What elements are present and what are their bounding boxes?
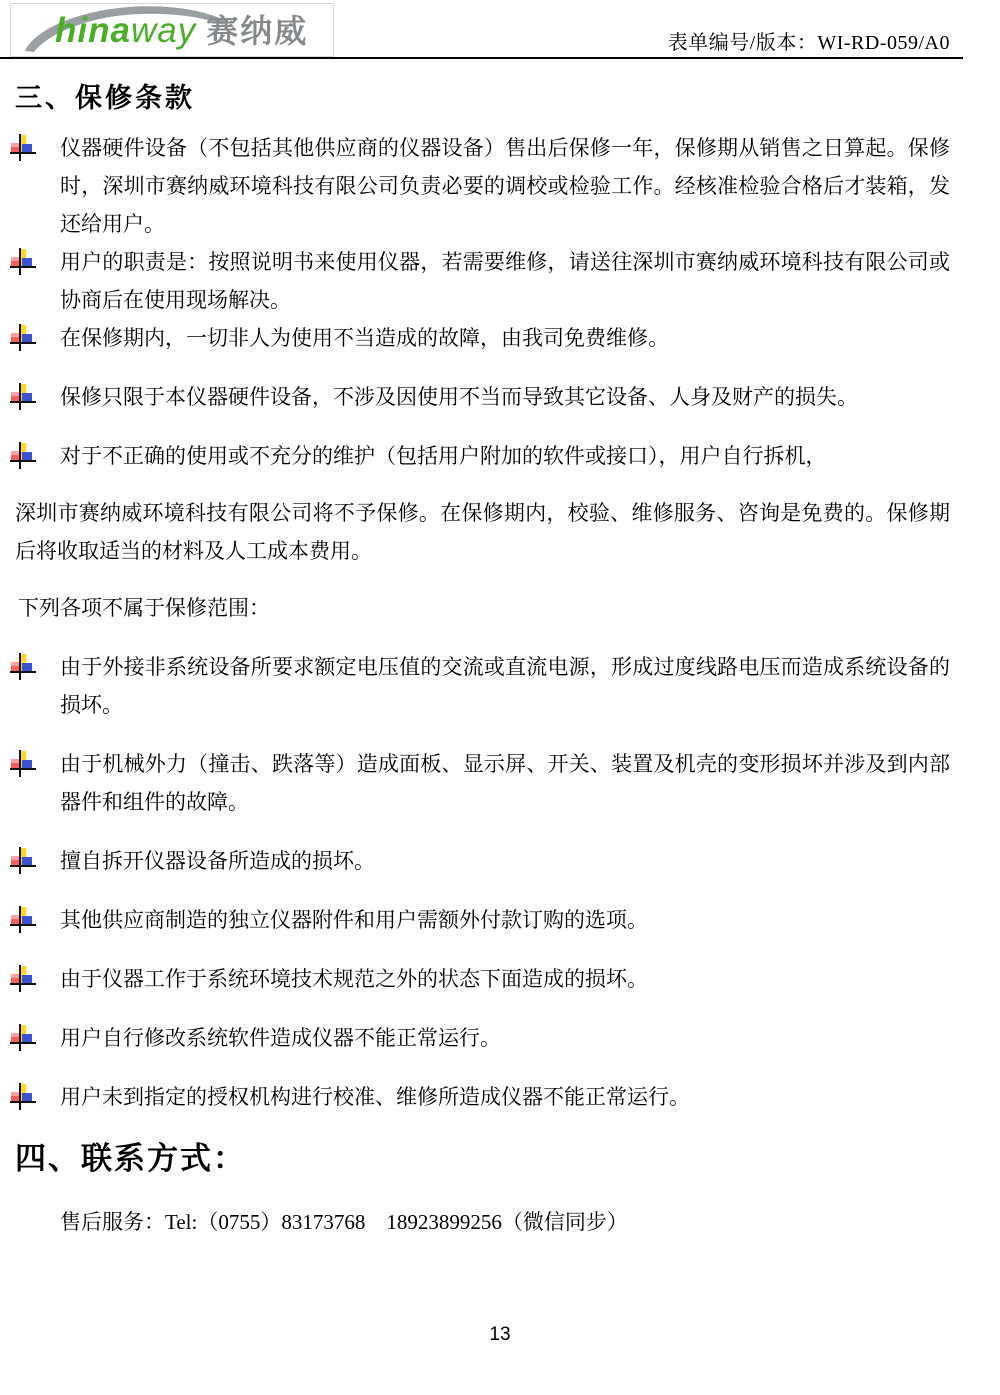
document-page: hinaway赛纳威 表单编号/版本：WI-RD-059/A0 三、保修条款 仪… <box>0 0 1000 1395</box>
bullet-marker-icon <box>10 324 37 353</box>
bullet-marker-icon <box>10 442 37 471</box>
bullet-marker-icon <box>10 906 37 935</box>
exclusion-item: 由于外接非系统设备所要求额定电压值的交流或直流电源，形成过度线路电压而造成系统设… <box>0 648 1000 724</box>
warranty-item: 在保修期内，一切非人为使用不当造成的故障，由我司免费维修。 <box>0 319 1000 357</box>
after-sales-service-line: 售后服务：Tel:（0755）83173768 18923899256（微信同步… <box>60 1207 1000 1237</box>
paragraph-exclusions-intro: 下列各项不属于保修范围： <box>18 589 950 627</box>
page-number: 13 <box>0 1324 1000 1346</box>
exclusion-item-text: 由于机械外力（撞击、跌落等）造成面板、显示屏、开关、装置及机壳的变形损坏并涉及到… <box>60 752 950 814</box>
exclusion-item: 由于机械外力（撞击、跌落等）造成面板、显示屏、开关、装置及机壳的变形损坏并涉及到… <box>0 745 1000 821</box>
bullet-marker-icon <box>10 653 37 682</box>
paragraph-no-warranty: 深圳市赛纳威环境科技有限公司将不予保修。在保修期内，校验、维修服务、咨询是免费的… <box>15 494 950 570</box>
exclusion-item-text: 用户自行修改系统软件造成仪器不能正常运行。 <box>60 1026 501 1050</box>
bullet-marker-icon <box>10 383 37 412</box>
warranty-item-text: 用户的职责是：按照说明书来使用仪器，若需要维修，请送往深圳市赛纳威环境科技有限公… <box>60 250 950 312</box>
warranty-item-text: 在保修期内，一切非人为使用不当造成的故障，由我司免费维修。 <box>60 326 669 350</box>
warranty-item: 对于不正确的使用或不充分的维护（包括用户附加的软件或接口），用户自行拆机， <box>0 437 1000 475</box>
warranty-item-text: 保修只限于本仪器硬件设备，不涉及因使用不当而导致其它设备、人身及财产的损失。 <box>60 385 858 409</box>
warranty-item: 保修只限于本仪器硬件设备，不涉及因使用不当而导致其它设备、人身及财产的损失。 <box>0 378 1000 416</box>
exclusion-item: 用户未到指定的授权机构进行校准、维修所造成仪器不能正常运行。 <box>0 1078 1000 1116</box>
bullet-marker-icon <box>10 134 37 163</box>
document-content: 三、保修条款 仪器硬件设备（不包括其他供应商的仪器设备）售出后保修一年，保修期从… <box>0 0 1000 1237</box>
warranty-item: 仪器硬件设备（不包括其他供应商的仪器设备）售出后保修一年，保修期从销售之日算起。… <box>0 129 1000 243</box>
bullet-marker-icon <box>10 1083 37 1112</box>
warranty-item-text: 仪器硬件设备（不包括其他供应商的仪器设备）售出后保修一年，保修期从销售之日算起。… <box>60 136 950 236</box>
warranty-list-1: 仪器硬件设备（不包括其他供应商的仪器设备）售出后保修一年，保修期从销售之日算起。… <box>0 129 1000 475</box>
exclusion-item-text: 擅自拆开仪器设备所造成的损坏。 <box>60 849 375 873</box>
exclusion-item-text: 用户未到指定的授权机构进行校准、维修所造成仪器不能正常运行。 <box>60 1085 690 1109</box>
exclusion-item: 由于仪器工作于系统环境技术规范之外的状态下面造成的损坏。 <box>0 960 1000 998</box>
bullet-marker-icon <box>10 847 37 876</box>
warranty-list-2: 由于外接非系统设备所要求额定电压值的交流或直流电源，形成过度线路电压而造成系统设… <box>0 648 1000 1116</box>
warranty-item-text: 对于不正确的使用或不充分的维护（包括用户附加的软件或接口），用户自行拆机， <box>60 444 827 468</box>
warranty-item: 用户的职责是：按照说明书来使用仪器，若需要维修，请送往深圳市赛纳威环境科技有限公… <box>0 243 1000 319</box>
bullet-marker-icon <box>10 1024 37 1053</box>
exclusion-item-text: 由于外接非系统设备所要求额定电压值的交流或直流电源，形成过度线路电压而造成系统设… <box>60 655 950 717</box>
exclusion-item-text: 其他供应商制造的独立仪器附件和用户需额外付款订购的选项。 <box>60 908 648 932</box>
bullet-marker-icon <box>10 750 37 779</box>
exclusion-item: 其他供应商制造的独立仪器附件和用户需额外付款订购的选项。 <box>0 901 1000 939</box>
bullet-marker-icon <box>10 248 37 277</box>
section-title-contact: 四、联系方式： <box>15 1142 1000 1176</box>
exclusion-item: 擅自拆开仪器设备所造成的损坏。 <box>0 842 1000 880</box>
exclusion-item: 用户自行修改系统软件造成仪器不能正常运行。 <box>0 1019 1000 1057</box>
section-title-warranty: 三、保修条款 <box>15 83 1000 113</box>
bullet-marker-icon <box>10 965 37 994</box>
exclusion-item-text: 由于仪器工作于系统环境技术规范之外的状态下面造成的损坏。 <box>60 967 648 991</box>
